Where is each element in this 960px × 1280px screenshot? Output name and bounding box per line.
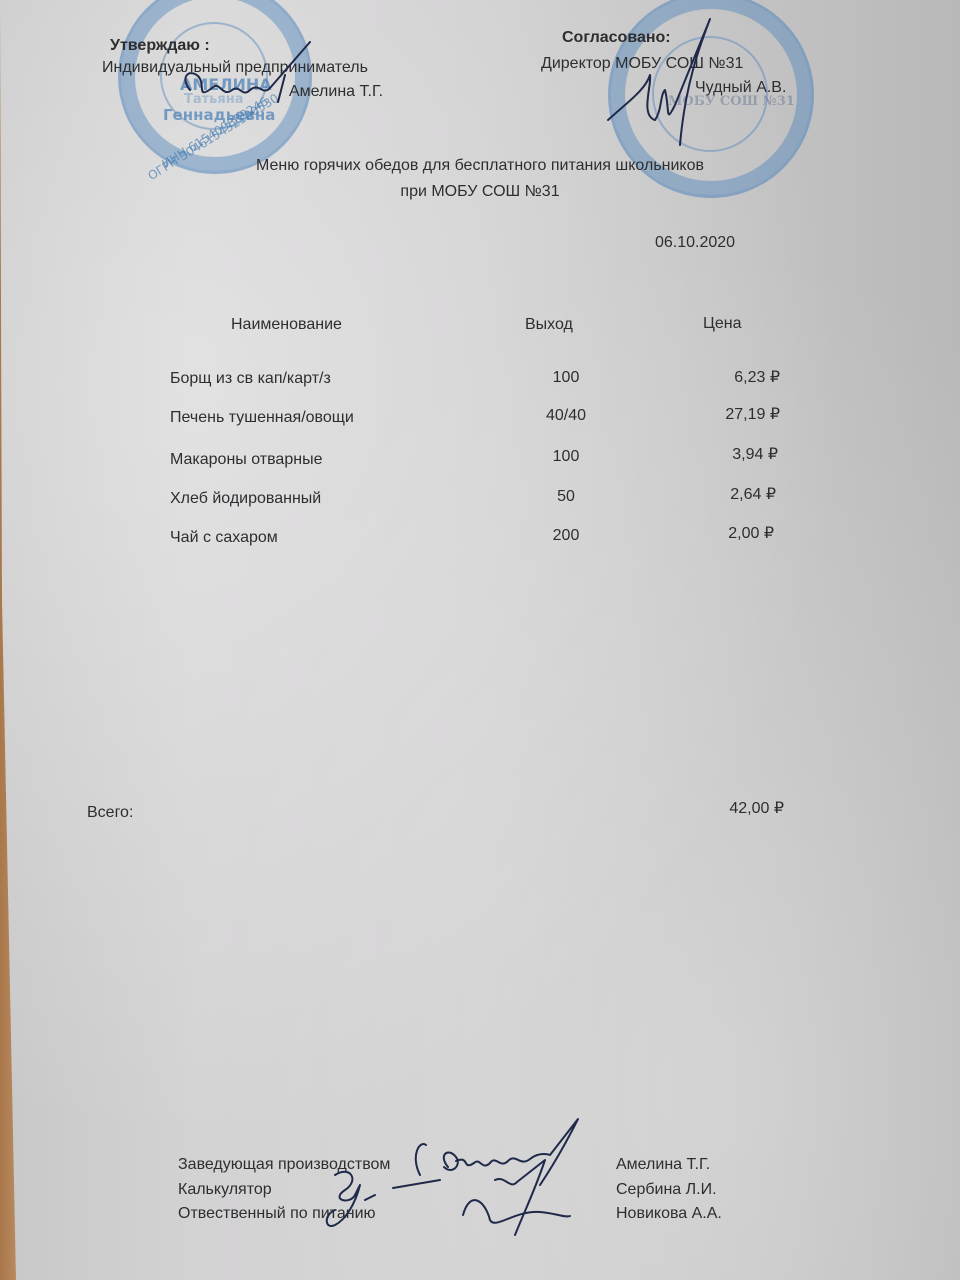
signature-entrepreneur: [150, 40, 330, 120]
header-output: Выход: [525, 317, 573, 333]
header-name: Наименование: [231, 317, 342, 333]
header-price: Цена: [703, 316, 741, 332]
item-output: 40/40: [526, 408, 606, 424]
item-name: Хлеб йодированный: [170, 491, 321, 507]
signatory-name: Сербина Л.И.: [616, 1182, 717, 1198]
signatory-name: Новикова А.А.: [616, 1206, 722, 1222]
document-title-line2: при МОБУ СОШ №31: [180, 184, 780, 200]
signatory-name: Амелина Т.Г.: [616, 1157, 710, 1173]
item-output: 50: [526, 489, 606, 505]
document-page: АМЕЛИНА Татьяна Геннадьевна ИНН 61540988…: [0, 0, 960, 1280]
signature-calculator: [305, 1160, 445, 1230]
item-name: Печень тушенная/овощи: [170, 410, 354, 426]
item-output: 200: [526, 528, 606, 544]
signature-nutrition: [455, 1150, 595, 1240]
document-title-line1: Меню горячих обедов для бесплатного пита…: [180, 158, 780, 174]
item-price: 6,23 ₽: [680, 370, 780, 386]
signature-director: [600, 15, 730, 155]
item-name: Борщ из св кап/карт/з: [170, 371, 331, 387]
total-value: 42,00 ₽: [684, 801, 784, 817]
item-name: Чай с сахаром: [170, 530, 278, 546]
item-output: 100: [526, 449, 606, 465]
item-name: Макароны отварные: [170, 452, 322, 468]
item-price: 2,64 ₽: [676, 487, 776, 503]
document-date: 06.10.2020: [655, 235, 735, 251]
item-price: 3,94 ₽: [678, 447, 778, 463]
item-price: 2,00 ₽: [674, 526, 774, 542]
item-output: 100: [526, 370, 606, 386]
total-label: Всего:: [87, 805, 133, 821]
item-price: 27,19 ₽: [680, 407, 780, 423]
signatory-role: Калькулятор: [178, 1182, 272, 1198]
